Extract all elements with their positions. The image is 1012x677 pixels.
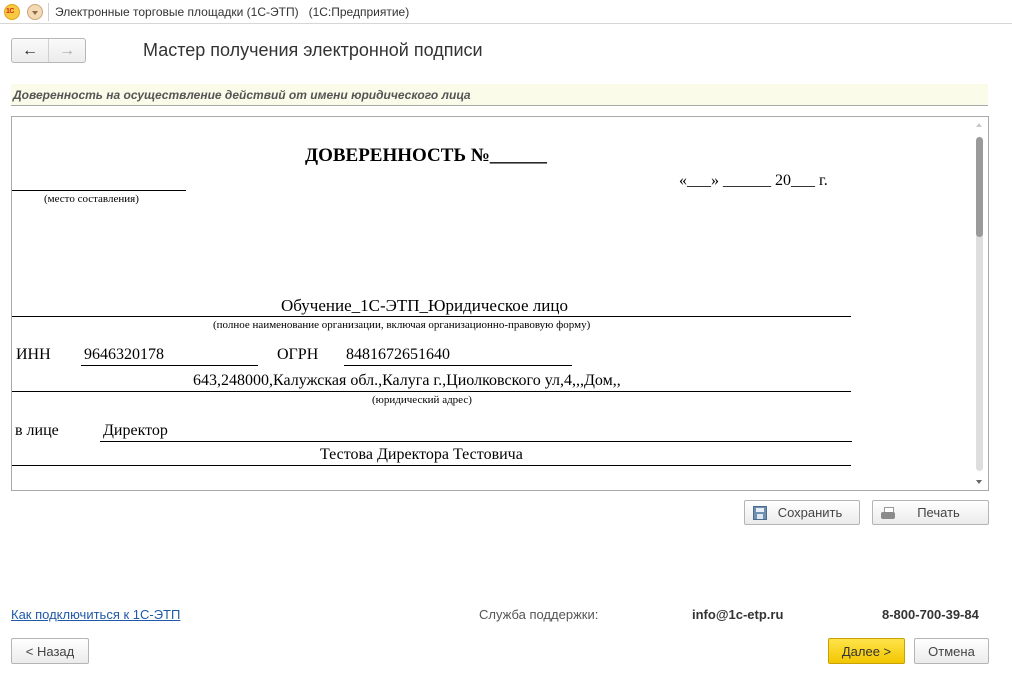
address-line <box>12 391 851 392</box>
forward-arrow-button[interactable]: → <box>49 39 85 62</box>
power-of-attorney-document: ДОВЕРЕННОСТЬ №______ (место составления)… <box>12 117 972 490</box>
logo-text: 1С <box>6 8 14 15</box>
support-phone: 8-800-700-39-84 <box>882 607 979 622</box>
section-title: Доверенность на осуществление действий о… <box>13 88 471 102</box>
save-button[interactable]: Сохранить <box>744 500 860 525</box>
1c-logo-icon[interactable]: 1С <box>4 4 20 20</box>
back-button[interactable]: < Назад <box>11 638 89 664</box>
window-titlebar: 1С Электронные торговые площадки (1С-ЭТП… <box>0 0 1012 24</box>
org-name-caption: (полное наименование организации, включа… <box>213 319 590 331</box>
place-caption: (место составления) <box>44 193 139 205</box>
scrollbar-track[interactable] <box>976 137 983 471</box>
scroll-up-icon[interactable] <box>976 123 982 127</box>
support-email: info@1c-etp.ru <box>692 607 783 622</box>
titlebar-divider <box>48 3 49 21</box>
represented-by-label: в лице <box>15 422 59 440</box>
navigation-buttons: ← → <box>11 38 86 63</box>
inn-value: 9646320178 <box>84 346 164 364</box>
inn-label: ИНН <box>16 346 51 364</box>
person-name: Тестова Директора Тестовича <box>320 446 523 464</box>
back-arrow-button[interactable]: ← <box>12 39 49 62</box>
next-button[interactable]: Далее > <box>828 638 905 664</box>
place-line <box>12 190 186 191</box>
how-to-connect-link[interactable]: Как подключиться к 1С-ЭТП <box>11 607 180 622</box>
position-line <box>100 441 852 442</box>
app-title: Электронные торговые площадки (1С-ЭТП) (… <box>55 5 409 19</box>
page-title: Мастер получения электронной подписи <box>143 40 483 61</box>
org-name-line <box>12 316 851 317</box>
date-line: «___» ______ 20___ г. <box>679 172 828 190</box>
document-viewer[interactable]: ДОВЕРЕННОСТЬ №______ (место составления)… <box>11 116 989 491</box>
floppy-disk-icon <box>753 506 767 520</box>
arrow-right-icon: → <box>59 42 75 60</box>
support-label: Служба поддержки: <box>479 607 598 622</box>
document-scrollbar[interactable] <box>972 117 988 490</box>
position-value: Директор <box>103 422 168 440</box>
main-menu-icon[interactable] <box>27 4 43 20</box>
ogrn-value: 8481672651640 <box>346 346 450 364</box>
save-button-label: Сохранить <box>778 505 843 520</box>
scroll-down-icon[interactable] <box>976 480 982 484</box>
arrow-left-icon: ← <box>22 42 38 60</box>
organization-name: Обучение_1С-ЭТП_Юридическое лицо <box>281 296 568 316</box>
section-header: Доверенность на осуществление действий о… <box>11 84 988 106</box>
address-caption: (юридический адрес) <box>372 394 472 406</box>
scrollbar-thumb[interactable] <box>976 137 983 237</box>
printer-icon <box>881 506 895 520</box>
legal-address: 643,248000,Калужская обл.,Калуга г.,Циол… <box>193 372 621 390</box>
document-heading: ДОВЕРЕННОСТЬ №______ <box>305 145 547 167</box>
ogrn-line <box>344 365 572 366</box>
person-name-line <box>12 465 851 466</box>
ogrn-label: ОГРН <box>277 346 318 364</box>
cancel-button[interactable]: Отмена <box>914 638 989 664</box>
print-button-label: Печать <box>917 505 960 520</box>
print-button[interactable]: Печать <box>872 500 989 525</box>
inn-line <box>81 365 258 366</box>
